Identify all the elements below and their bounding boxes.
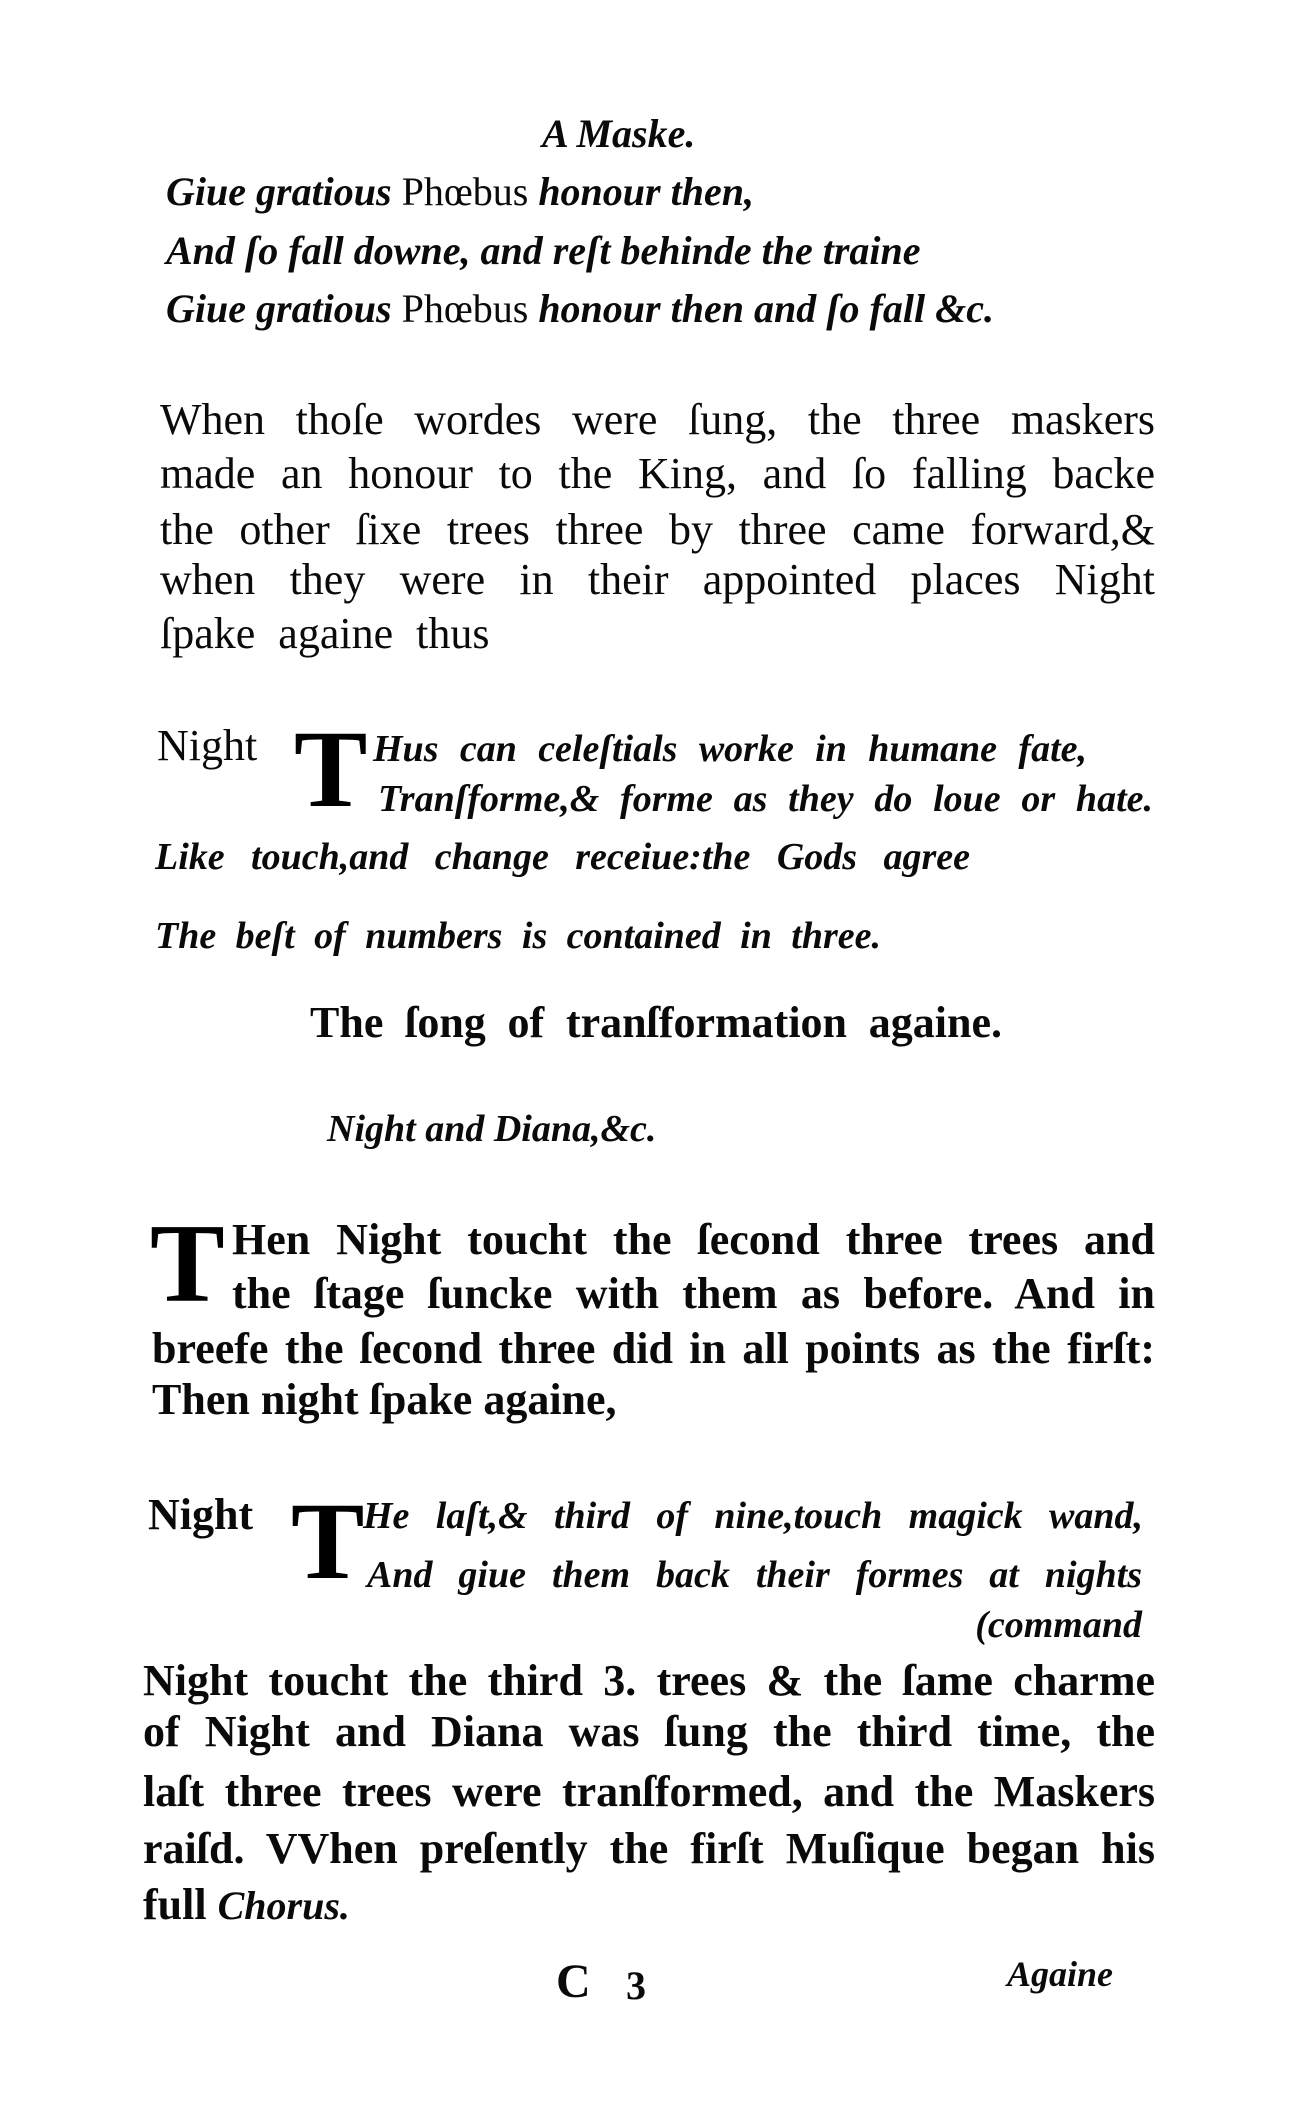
refrain-name-phoebus: Phœbus [402, 286, 529, 331]
paragraph-line: raiſd. VVhen preſently the firſt Muſique… [143, 1827, 1155, 1871]
refrain-line-2: And ſo fall downe, and reſt behinde the … [166, 231, 921, 271]
paragraph-line: laſt three trees were tranſformed, and t… [143, 1770, 1155, 1814]
refrain-heading: Night and Diana,&c. [327, 1110, 656, 1148]
paragraph-line: of Night and Diana was ſung the third ti… [143, 1710, 1155, 1754]
paragraph-line: Hen Night toucht the ſecond three trees … [232, 1218, 1155, 1262]
drop-cap: T [150, 1208, 225, 1320]
signature-number: 3 [626, 1966, 646, 2006]
book-page: A Maske. Giue gratious Phœbus honour the… [0, 0, 1291, 2102]
signature-mark: C [556, 1958, 591, 2006]
signature-letter: C [556, 1955, 591, 2008]
paragraph-line: when they were in their appointed places… [160, 558, 1155, 602]
paragraph-line: full Chorus. [143, 1883, 350, 1927]
refrain-line-1: Giue gratious Phœbus honour then, [166, 172, 754, 212]
verse-line: Hus can celeſtials worke in humane fate, [373, 730, 1087, 768]
refrain-text: Giue gratious [166, 169, 402, 214]
paragraph-text: full [143, 1880, 218, 1929]
verse-line: And giue them back their formes at night… [367, 1556, 1142, 1594]
verse-line: Tranſforme,& forme as they do loue or ha… [378, 780, 1153, 818]
verse-line: Like touch,and change receiue:the Gods a… [155, 838, 970, 876]
speaker-label: Night [157, 724, 257, 768]
section-heading: The ſong of tranſformation againe. [310, 1001, 1002, 1045]
paragraph-line: ſpake againe thus [160, 612, 489, 656]
catchword: Againe [1007, 1956, 1113, 1992]
verse-line: He laſt,& third of nine,touch magick wan… [363, 1497, 1143, 1535]
paragraph-line: breefe the ſecond three did in all point… [152, 1327, 1155, 1371]
paragraph-line: the ſtage ſuncke with them as before. An… [232, 1272, 1155, 1316]
verse-line: The beſt of numbers is contained in thre… [155, 917, 881, 955]
refrain-name-phoebus: Phœbus [402, 169, 529, 214]
refrain-text: honour then and ſo fall &c. [528, 286, 994, 331]
drop-cap: T [294, 714, 367, 824]
refrain-text: honour then, [528, 169, 754, 214]
paragraph-line: Night toucht the third 3. trees & the ſa… [143, 1659, 1155, 1703]
paragraph-line: When thoſe wordes were ſung, the three m… [160, 398, 1155, 442]
running-head: A Maske. [542, 114, 695, 154]
paragraph-line: made an honour to the King, and ſo falli… [160, 452, 1155, 496]
paragraph-line: the other ſixe trees three by three came… [160, 508, 1155, 552]
speaker-label: Night [148, 1493, 253, 1537]
verse-turnover: (command [975, 1606, 1142, 1644]
chorus-italic: Chorus. [218, 1883, 350, 1928]
refrain-text: Giue gratious [166, 286, 402, 331]
paragraph-line: Then night ſpake againe, [152, 1378, 617, 1422]
drop-cap: T [291, 1486, 364, 1596]
refrain-line-3: Giue gratious Phœbus honour then and ſo … [166, 289, 994, 329]
